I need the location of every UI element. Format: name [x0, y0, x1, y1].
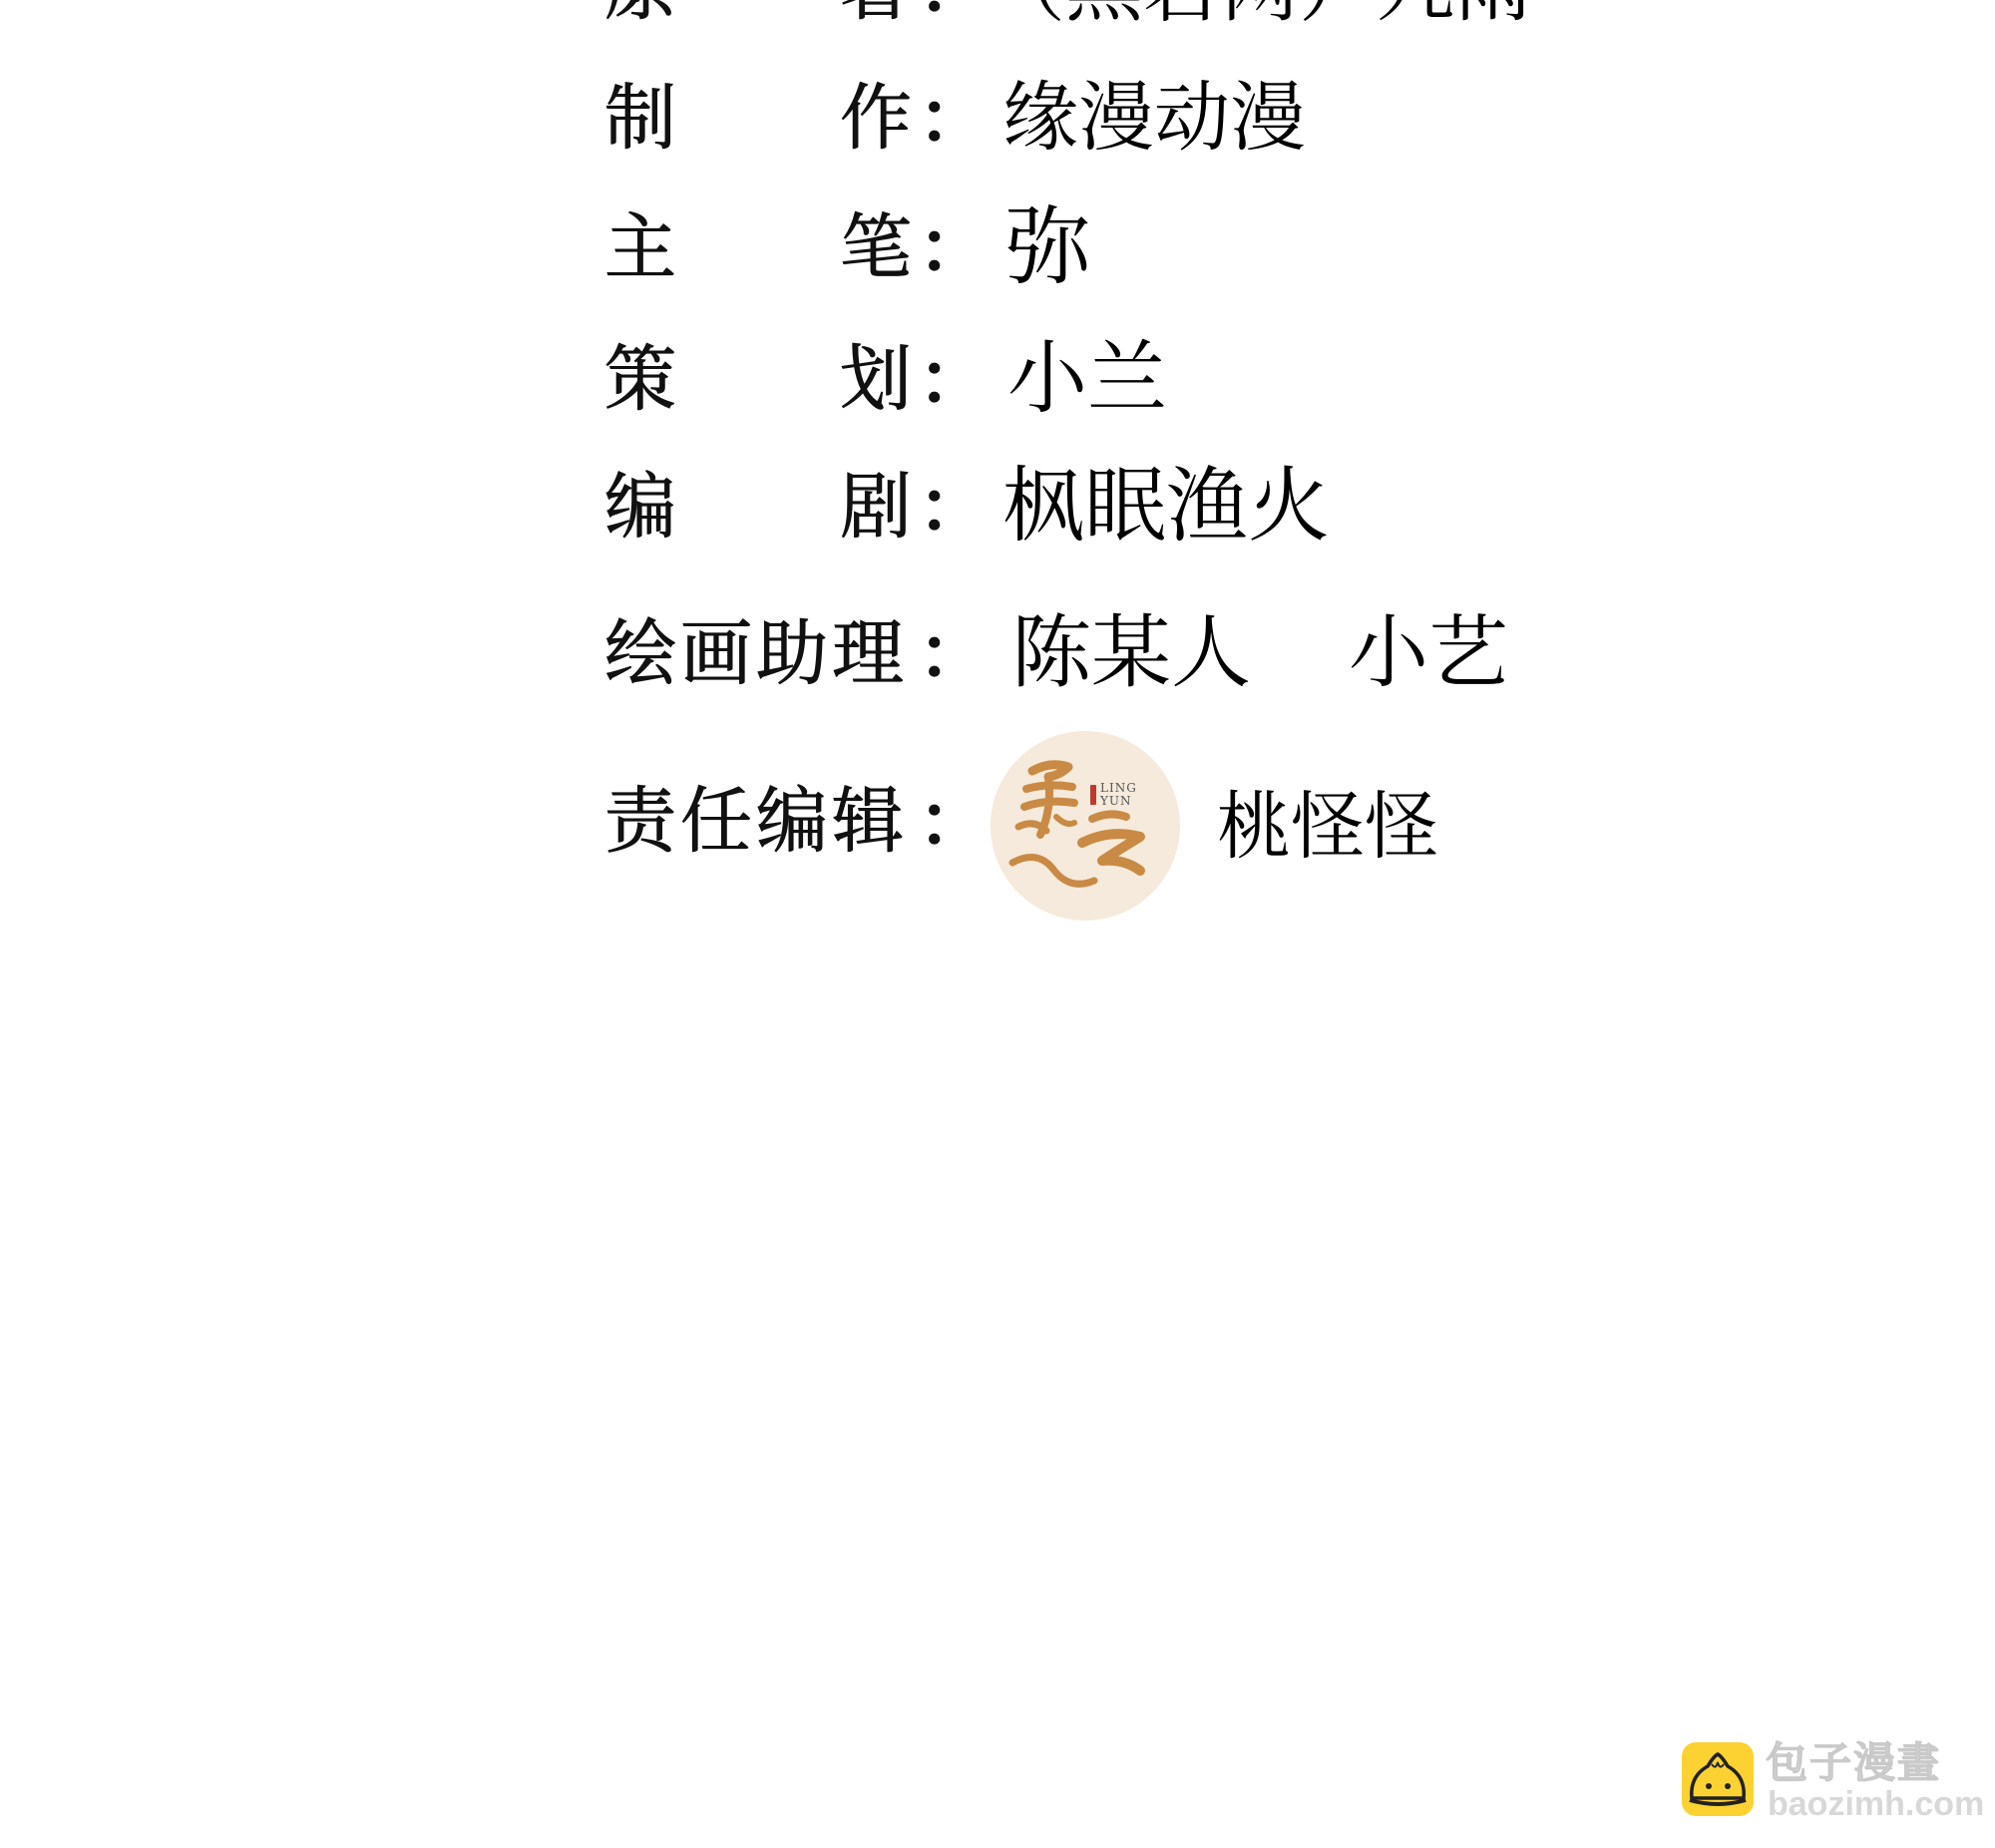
logo-latin-text: LING YUN — [1100, 782, 1137, 808]
credit-colon: ： — [918, 603, 990, 703]
credit-label-char: 策 — [604, 329, 676, 429]
credit-value: 枫眠渔火 — [1002, 457, 1330, 556]
credit-colon: ： — [918, 329, 990, 429]
steamed-bun-icon — [1682, 1742, 1754, 1816]
credit-colon: ： — [918, 0, 990, 38]
credit-row-original-author: 原 著 ： （黑岩网）九雨 — [0, 0, 1995, 38]
credit-label-char: 笔 — [840, 197, 912, 297]
credit-row-lead-artist: 主 笔 ： 弥 — [0, 197, 1995, 297]
credit-row-production: 制 作 ： 缘漫动漫 — [0, 68, 1995, 168]
watermark: 包子漫畫 baozimh.com — [1682, 1742, 1995, 1822]
credit-value-assistant-1: 陈某人 — [1011, 603, 1251, 703]
credit-label: 绘画助理 — [604, 603, 908, 703]
credit-value: （黑岩网）九雨 — [988, 0, 1532, 38]
credit-label-char: 划 — [840, 329, 912, 429]
credit-label-char: 作 — [840, 68, 912, 168]
lingyun-logo: LING YUN — [991, 731, 1180, 921]
credit-label-char: 主 — [604, 197, 676, 297]
credit-colon: ： — [918, 771, 990, 871]
credit-value-editor: 桃怪怪 — [1217, 777, 1438, 877]
credit-label-char: 剧 — [840, 457, 912, 556]
credit-value: 小兰 — [1007, 329, 1167, 429]
watermark-text-en: baozimh.com — [1768, 1786, 1984, 1822]
red-seal-icon — [1090, 785, 1096, 805]
credit-value-assistant-2: 小艺 — [1349, 603, 1508, 703]
credit-row-screenwriter: 编 剧 ： 枫眠渔火 — [0, 457, 1995, 556]
credit-value: 缘漫动漫 — [1002, 68, 1306, 168]
credit-colon: ： — [918, 197, 990, 297]
credit-label-char: 著 — [840, 0, 912, 38]
credit-colon: ： — [918, 457, 990, 556]
credit-value: 弥 — [1005, 197, 1091, 297]
credit-label-char: 原 — [604, 0, 676, 38]
calligraphy-icon — [991, 731, 1180, 921]
credit-colon: ： — [918, 68, 990, 168]
watermark-text-cn: 包子漫畫 — [1766, 1738, 1941, 1788]
credit-label-char: 制 — [604, 68, 676, 168]
credit-label-char: 编 — [604, 457, 676, 556]
logo-latin-line2: YUN — [1100, 795, 1137, 808]
credit-row-planning: 策 划 ： 小兰 — [0, 329, 1995, 429]
credit-label: 责任编辑 — [604, 771, 908, 871]
credit-row-art-assistants: 绘画助理 ： 陈某人 小艺 — [0, 603, 1995, 703]
